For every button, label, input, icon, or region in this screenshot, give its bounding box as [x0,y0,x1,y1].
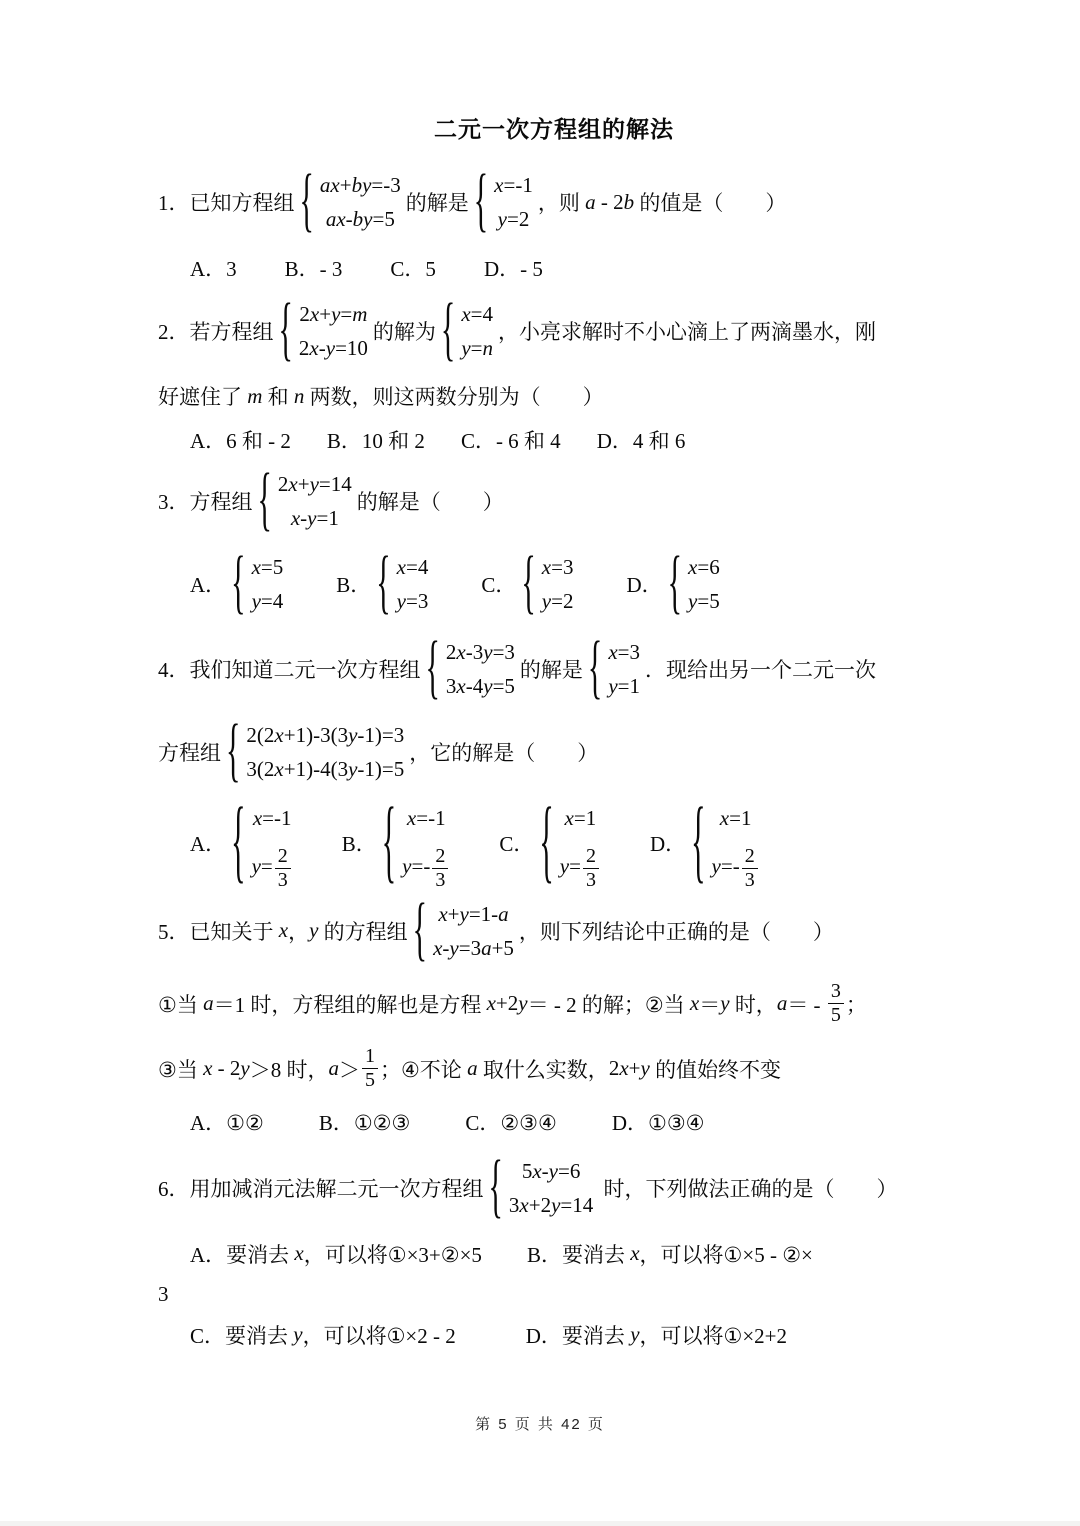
q1-option-a: A．3 [190,253,237,283]
left-brace-glyph: { [231,796,245,889]
worksheet-content: 二元一次方程组的解法 1．已知方程组{ax+by=-3ax-by=5的解是{x=… [0,0,1080,1356]
equation: 2(2x+1)-3(3y-1)=3 [246,718,404,752]
q6-option-d: D．要消去 y，可以将①×2+2 [526,1320,787,1350]
question-5-statement-3-4: ③当 x - 2y＞8 时，a＞15；④不论 a 取什么实数，2x+y 的值始终… [158,1038,950,1100]
question-6-options-cd: C．要消去 y，可以将①×2 - 2 D．要消去 y，可以将①×2+2 [158,1314,950,1356]
text-run: ，则 [538,187,585,217]
q2-option-b: B．10 和 2 [327,425,425,455]
left-brace-glyph: { [300,167,314,238]
q1-option-d: D．- 5 [484,253,543,283]
math-run: 15 [360,1045,380,1092]
text-run: B． [342,828,377,858]
left-brace-glyph: { [231,549,245,620]
math-run: m [247,384,262,409]
equation: y=1 [608,669,640,703]
equation-system: {x+y=1-ax-y=3a+5 [413,897,514,965]
left-brace-glyph: { [539,796,553,889]
text-run: 1．已知方程组 [158,187,295,217]
equation: x=5 [252,550,284,584]
page-title: 二元一次方程组的解法 [158,112,950,146]
text-run: C．要消去 [190,1320,293,1350]
text-run: ，则下列结论中正确的是（ ） [519,916,834,946]
left-brace-glyph: { [441,296,455,367]
question-2-stem-line1: 2．若方程组{2x+y=m2x-y=10的解为{x=4y=n，小亮求解时不小心滴… [158,288,950,374]
equation-system: {ax+by=-3ax-by=5 [300,168,401,236]
equation: y=4 [252,584,284,618]
q1-option-c: C．5 [390,253,436,283]
text-run: ，可以将①×2 - 2 [303,1320,456,1350]
equation: x=-1 [407,794,446,842]
q3-option-d: D．{x=6y=5 [626,550,724,618]
worksheet-page: 二元一次方程组的解法 1．已知方程组{ax+by=-3ax-by=5的解是{x=… [0,0,1080,1526]
fraction: 23 [432,845,448,892]
text-run: A． [190,569,226,599]
math-run: y [630,1322,639,1347]
text-run: 两数，则这两数分别为（ ） [304,381,603,411]
fraction: 15 [362,1045,378,1092]
math-run: n [294,384,305,409]
left-brace-glyph: { [426,634,440,705]
q2-option-c: C．- 6 和 4 [461,425,561,455]
q3-option-a: A．{x=5y=4 [190,550,288,618]
equation: 2x+y=14 [278,467,352,501]
equation-system: {x=5y=4 [231,550,283,618]
text-run: A．要消去 [190,1239,294,1269]
text-run: ＞8 时， [250,1054,329,1084]
text-run: ，可以将①×5 - ②× [640,1239,813,1269]
equation: 5x-y=6 [522,1154,581,1188]
math-run: x [630,1241,639,1266]
question-2-options: A．6 和 - 2 B．10 和 2 C．- 6 和 4 D．4 和 6 [158,418,950,462]
math-run: a - 2b [585,190,634,215]
text-run: ＝ - 2 的解；②当 [528,989,690,1019]
equation-system: {5x-y=63x+2y=14 [489,1154,594,1222]
equation-system: {x=-1y=2 [474,168,533,236]
equation-system: {x=-1y=23 [231,794,293,892]
equation: y=23 [560,842,601,892]
text-run: B．要消去 [527,1239,630,1269]
q6-option-b-continuation: 3 [158,1276,950,1314]
text-run: 的方程组 [318,916,407,946]
question-5-statement-1-2: ①当 a＝1 时，方程组的解也是方程 x+2y＝ - 2 的解；②当 x＝y 时… [158,970,950,1038]
equation: x=4 [397,550,429,584]
equation: 2x+y=m [299,297,367,331]
q3-option-c: C．{x=3y=2 [481,550,578,618]
text-run: 的解是（ ） [357,486,504,516]
equation-system: {x=-1y=-23 [382,794,451,892]
text-run: ， [288,916,309,946]
math-run: a [467,1056,478,1081]
text-run: 时， [730,989,777,1019]
question-4-options: A．{x=-1y=23 B．{x=-1y=-23 C．{x=1y=23 D．{x… [158,794,950,892]
math-run: 35 [826,980,846,1027]
text-run: ，可以将①×3+②×5 [304,1239,482,1269]
text-run: D． [650,828,686,858]
text-run: ； [846,989,867,1019]
text-run: D． [626,569,662,599]
text-run: ＝ [699,989,720,1019]
q4-option-d: D．{x=1y=-23 [650,794,765,892]
q3-option-b: B．{x=4y=3 [336,550,433,618]
math-run: x - 2y [203,1056,250,1081]
left-brace-glyph: { [382,796,396,889]
equation: x=3 [608,635,640,669]
left-brace-glyph: { [489,1152,503,1223]
equation: x=6 [688,550,720,584]
text-run: 的值是（ ） [634,187,786,217]
equation-system: {x=1y=23 [539,794,601,892]
fraction: 35 [828,980,844,1027]
left-brace-glyph: { [376,549,390,620]
q5-option-b: B．①②③ [319,1107,411,1137]
left-brace-glyph: { [258,466,272,537]
equation: y=23 [252,842,293,892]
question-4-stem-line1: 4．我们知道二元一次方程组{2x-3y=33x-4y=5的解是{x=3y=1．现… [158,628,950,710]
equation-system: {2(2x+1)-3(3y-1)=33(2x+1)-4(3y-1)=5 [226,718,404,786]
equation: y=5 [688,584,720,618]
question-5-stem: 5．已知关于 x，y 的方程组{x+y=1-ax-y=3a+5，则下列结论中正确… [158,892,950,970]
equation: x-y=1 [291,501,339,535]
q6-option-a: A．要消去 x，可以将①×3+②×5 [190,1239,482,1269]
q2-option-d: D．4 和 6 [597,425,686,455]
text-run: C． [499,828,534,858]
equation: y=2 [542,584,574,618]
text-run: 的解是 [520,654,583,684]
fraction: 23 [742,845,758,892]
text-run: 取什么实数， [478,1054,609,1084]
equation: y=-23 [712,842,760,892]
equation: x=4 [461,297,493,331]
math-run: x [279,918,288,943]
equation-system: {2x-3y=33x-4y=5 [426,635,515,703]
question-6-stem: 6．用加减消元法解二元一次方程组{5x-y=63x+2y=14 时，下列做法正确… [158,1144,950,1232]
q4-option-a: A．{x=-1y=23 [190,794,298,892]
equation: y=-23 [402,842,450,892]
left-brace-glyph: { [668,549,682,620]
question-6-options-ab: A．要消去 x，可以将①×3+②×5 B．要消去 x，可以将①×5 - ②× [158,1232,950,1276]
text-run: ＞ [339,1054,360,1084]
math-run: 2x+y [609,1056,650,1081]
equation: x+y=1-a [438,897,508,931]
math-run: y [293,1322,302,1347]
text-run: 时，下列做法正确的是（ ） [598,1173,897,1203]
equation: ax-by=5 [326,202,395,236]
text-run: ＝1 时，方程组的解也是方程 [214,989,487,1019]
equation: 2x-3y=3 [446,635,515,669]
text-run: 和 [262,381,294,411]
equation-system: {x=6y=5 [668,550,720,618]
equation-system: {x=3y=2 [521,550,573,618]
q6-option-c: C．要消去 y，可以将①×2 - 2 [190,1320,456,1350]
text-run: D．要消去 [526,1320,630,1350]
equation: x=3 [542,550,574,584]
text-run: ③当 [158,1054,203,1084]
equation-system: {x=3y=1 [588,635,640,703]
equation: x=1 [720,794,752,842]
text-run: 2．若方程组 [158,316,274,346]
fraction: 23 [275,845,291,892]
q4-option-c: C．{x=1y=23 [499,794,606,892]
math-run: a [328,1056,339,1081]
text-run: 4．我们知道二元一次方程组 [158,654,421,684]
question-5-options: A．①② B．①②③ C．②③④ D．①③④ [158,1100,950,1144]
text-run: ，小亮求解时不小心滴上了两滴墨水，刚 [498,316,876,346]
equation-system: {2x+y=14x-y=1 [258,467,352,535]
equation-system: {x=4y=3 [376,550,428,618]
equation: 2x-y=10 [299,331,368,365]
text-run: C． [481,569,516,599]
equation-system: {2x+y=m2x-y=10 [279,297,368,365]
text-run: 方程组 [158,737,221,767]
text-run: 5．已知关于 [158,916,279,946]
text-run: ，它的解是（ ） [409,737,598,767]
question-3-stem: 3．方程组{2x+y=14x-y=1的解是（ ） [158,462,950,540]
q4-option-b: B．{x=-1y=-23 [342,794,456,892]
question-3-options: A．{x=5y=4 B．{x=4y=3 C．{x=3y=2 D．{x=6y=5 [158,540,950,628]
text-run: ，可以将①×2+2 [640,1320,788,1350]
math-run: x [690,991,699,1016]
text-run: 好遮住了 [158,381,247,411]
question-1-options: A．3 B．- 3 C．5 D．- 5 [158,248,950,288]
equation: y=n [461,331,493,365]
equation: x=1 [565,794,597,842]
text-run: 的值始终不变 [650,1054,781,1084]
equation: 3x+2y=14 [509,1188,593,1222]
equation: 3x-4y=5 [446,669,515,703]
text-run: B． [336,569,371,599]
q1-option-b: B．- 3 [285,253,343,283]
question-1-stem: 1．已知方程组{ax+by=-3ax-by=5的解是{x=-1y=2，则 a -… [158,156,950,248]
equation: x-y=3a+5 [433,931,514,965]
left-brace-glyph: { [691,796,705,889]
text-run: ；④不论 [380,1054,467,1084]
math-run: a [777,991,788,1016]
q2-option-a: A．6 和 - 2 [190,425,291,455]
left-brace-glyph: { [588,634,602,705]
left-brace-glyph: { [474,167,488,238]
math-run: x+2y [487,991,528,1016]
page-number: 第 5 页 共 42 页 [0,1413,1080,1434]
left-brace-glyph: { [279,296,293,367]
equation: y=2 [498,202,530,236]
question-2-stem-line2: 好遮住了 m 和 n 两数，则这两数分别为（ ） [158,374,950,418]
math-run: x [294,1241,303,1266]
text-run: 6．用加减消元法解二元一次方程组 [158,1173,484,1203]
equation: x=-1 [253,794,292,842]
math-run: y [720,991,729,1016]
math-run: y [309,918,318,943]
text-run: 的解是 [406,187,469,217]
equation-system: {x=4y=n [441,297,493,365]
equation: y=3 [397,584,429,618]
text-run: 3．方程组 [158,486,253,516]
text-run: ＝ - [787,989,826,1019]
q5-option-c: C．②③④ [465,1107,557,1137]
equation: 3(2x+1)-4(3y-1)=5 [246,752,404,786]
left-brace-glyph: { [226,717,240,788]
q5-option-a: A．①② [190,1107,264,1137]
text-run: A． [190,828,226,858]
left-brace-glyph: { [521,549,535,620]
equation-system: {x=1y=-23 [691,794,760,892]
text-run: 的解为 [373,316,436,346]
q5-option-d: D．①③④ [612,1107,705,1137]
left-brace-glyph: { [413,895,427,966]
fraction: 23 [583,845,599,892]
math-run: a [203,991,214,1016]
question-4-stem-line2: 方程组{2(2x+1)-3(3y-1)=33(2x+1)-4(3y-1)=5，它… [158,710,950,794]
text-run: ①当 [158,989,203,1019]
text-run: ．现给出另一个二元一次 [645,654,876,684]
q6-option-b: B．要消去 x，可以将①×5 - ②× [527,1239,813,1269]
equation: x=-1 [494,168,533,202]
equation: ax+by=-3 [320,168,401,202]
